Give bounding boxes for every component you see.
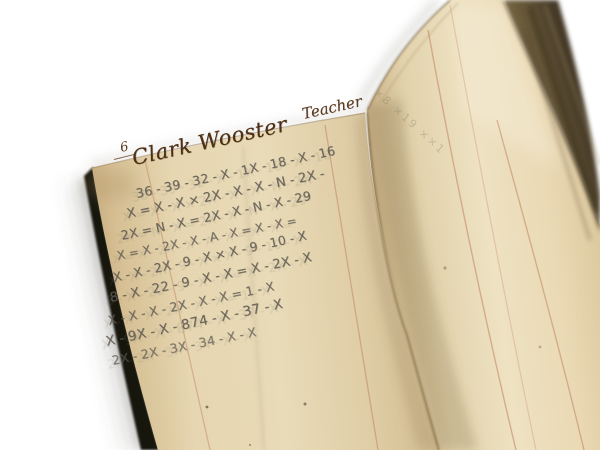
foxing-spot (249, 444, 251, 446)
notebook-photo: 6 Clark Wooster Teacher 36 - 39 - 32 - X… (0, 0, 600, 450)
page-corner-toning (86, 169, 138, 201)
foxing-spot (539, 346, 542, 349)
foxing-spot (304, 403, 307, 406)
notebook-illustration (0, 0, 600, 450)
foxing-spot (443, 266, 446, 269)
foxing-spot (206, 406, 209, 409)
